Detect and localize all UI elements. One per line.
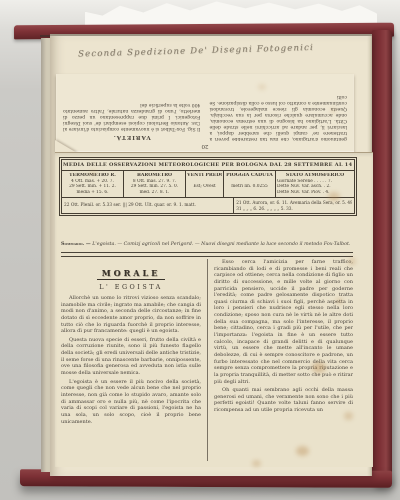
column-header: TERMOMETRO R. <box>63 173 122 178</box>
sommario-label: Sommario. — <box>61 241 91 247</box>
sunrise-sunset-cell: 21 Ott. Aurora, or. 6. 11. Avemaria dell… <box>234 198 354 213</box>
column-header: BAROMETRO <box>125 173 184 178</box>
table-cell: Dette Nuv. Var. Piov. . 4. <box>277 190 353 196</box>
article-right-column: Esso cerca l'amicizia per farne traffico… <box>207 259 353 461</box>
astronomy-line: 21 Ott. Aurora, or. 6. 11. Avemaria dell… <box>236 200 352 206</box>
sommario-text: L'egoista. — Comizj agricoli nel Perigor… <box>91 242 351 247</box>
paragraph: Esso cerca l'amicizia per farne traffico… <box>214 259 353 385</box>
column-termometro: TERMOMETRO R. 4 Ott. mas. + 20. 7. 29 Se… <box>62 171 124 197</box>
paragraph: Oh quanti mai sembrano agli occhi della … <box>214 387 353 414</box>
varieta-heading: VARIETÀ. <box>63 133 201 140</box>
astronomy-line: 31 „ „ „ 6. 26. „ „ „ „ 5. 33. <box>236 206 352 212</box>
sommario-line: Sommario. — L'egoista. — Comizj agricoli… <box>61 241 353 247</box>
table-cell: med. 27. 8. 1. <box>125 190 184 196</box>
article-body: MORALE L' EGOISTA Allorchè un uomo lo ri… <box>61 259 353 461</box>
handwritten-inscription: Seconda Spedizione De' Disegni Fotogenic… <box>78 43 328 60</box>
column-venti: VENTI PREDOM. Est; Ovest <box>186 171 224 197</box>
fragment-page-number: 20 <box>63 143 347 149</box>
photograph-of-bound-newspaper: Seconda Spedizione De' Disegni Fotogenic… <box>0 0 400 500</box>
column-header: PIOGGIA CADUTA <box>225 173 274 178</box>
paragraph: Allorchè un uomo lo ritrovi vizioso senz… <box>61 295 201 335</box>
book-page: Seconda Spedizione De' Disegni Fotogenic… <box>50 34 372 476</box>
book-cover-right-edge <box>372 30 392 486</box>
fragment-column-artigiano: gentiluomo d'artigiano, che mai tali res… <box>210 79 348 141</box>
folded-newspaper-fragment: 20 gentiluomo d'artigiano, che mai tali … <box>56 74 354 152</box>
fragment-column-varieta: VARIETÀ. Il Sig. Fox-Talbot si è nuovame… <box>63 79 201 141</box>
varieta-body: Il Sig. Fox-Talbot si è nuovamente compi… <box>63 102 201 131</box>
astronomy-row: 22 Ott. Plenil. or. 5.33 ser. ||| 29 Ott… <box>62 197 354 213</box>
section-heading: MORALE <box>61 261 201 280</box>
table-title: MEDIA DELLE OSSERVAZIONI METEOROLOGICHE … <box>62 160 354 171</box>
table-cell: Est; Ovest <box>187 184 222 190</box>
table-cell: metri lin. 0.0255 <box>225 184 274 190</box>
column-pioggia: PIOGGIA CADUTA metri lin. 0.0255 <box>224 171 276 197</box>
table-cell: media + 15. 6. <box>63 190 122 196</box>
meteorological-table: MEDIA DELLE OSSERVAZIONI METEOROLOGICHE … <box>61 159 355 214</box>
section-heading-text: MORALE <box>97 268 165 280</box>
article-title: L' EGOISTA <box>61 283 201 291</box>
paragraph: L'egoista è un essere il più nocivo dell… <box>61 379 201 425</box>
article-left-column: MORALE L' EGOISTA Allorchè un uomo lo ri… <box>61 259 207 461</box>
column-header: STATO ATMOSFERICO <box>277 173 353 178</box>
column-header: VENTI PREDOM. <box>187 173 222 178</box>
column-barometro: BAROMETRO 8 Ott. mas. 27. 9. 7. 29 Sett.… <box>124 171 186 197</box>
fragment-upside-down-content: 20 gentiluomo d'artigiano, che mai tali … <box>56 74 354 152</box>
column-stato: STATO ATMOSFERICO Giornate Serene . . . … <box>276 171 354 197</box>
moon-phases-cell: 22 Ott. Plenil. or. 5.33 ser. ||| 29 Ott… <box>62 198 234 213</box>
newspaper-sheet: MEDIA DELLE OSSERVAZIONI METEOROLOGICHE … <box>55 152 373 467</box>
double-rule-divider <box>61 252 353 257</box>
paragraph: Questa nuova specie di esseri, frutto de… <box>61 337 201 377</box>
